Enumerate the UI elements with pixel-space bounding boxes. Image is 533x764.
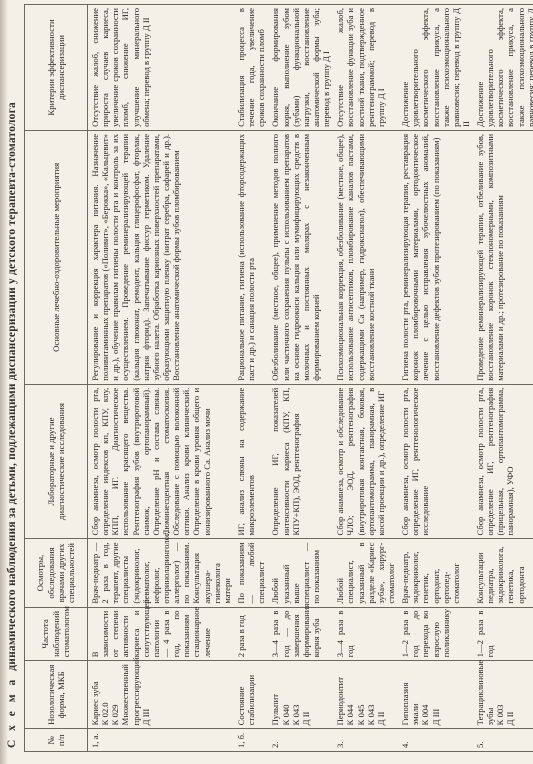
form-line: Тетрациклиновые зубы	[475, 664, 495, 725]
measures-cell: Рациональное питание, гигиена (использов…	[234, 130, 268, 384]
header-measures: Основные лечебно-оздоровительные меропри…	[25, 130, 88, 384]
nosological-form-cell: Периодонтит К 044 К 045 К 043 Д II	[333, 661, 398, 729]
specialists-cell: Врач-педиатр — 2 раза в год, терапевт, д…	[88, 539, 234, 607]
table-header-row: № п/п Нозологическая форма, МКБ Частота …	[25, 5, 88, 752]
row-number: 3.	[333, 729, 398, 752]
row-number: 1, а.	[88, 729, 234, 752]
header-criteria: Критерии эффективности диспансеризации	[25, 5, 88, 131]
diagnostics-cell: Сбор анамнеза, осмотр полости рта, опред…	[398, 384, 473, 539]
criteria-cell: Отсутствие жалоб, восстановление функции…	[333, 5, 398, 131]
scanned-page: С х е м адинамического наблюдения за дет…	[0, 0, 533, 764]
diagnostics-cell: Сбор анамнеза, осмотр и обследование ЧЛО…	[333, 384, 398, 539]
form-line: К 045	[356, 664, 366, 725]
form-line: Д II	[301, 664, 311, 725]
frequency-cell: 1—2 раза в год	[473, 607, 533, 661]
frequency-cell: 1—2 раза в год до перехода во взрослую п…	[398, 607, 473, 661]
diagnostics-cell: ИГ, анализ слюны на содержание микроэлем…	[234, 384, 268, 539]
nosological-form-cell: Кариес зуба К 02.0 К 029 Множественный п…	[88, 661, 234, 729]
form-line: Состояние стабилизации	[236, 664, 256, 725]
form-line: Кариес зуба	[90, 664, 100, 725]
criteria-cell: Достижение удовлетворительного косметиче…	[398, 5, 473, 131]
frequency-cell: 3—4 раза в год — до завершения формирова…	[268, 607, 333, 661]
form-line: Д II	[505, 664, 515, 725]
measures-cell: Проведение реминерализирующей терапии, о…	[473, 130, 533, 384]
header-frequency: Частота наблюдений стоматологом	[25, 607, 88, 661]
nosological-form-cell: Тетрациклиновые зубы К 003 Д II	[473, 661, 533, 729]
row-number: 5.	[473, 729, 533, 752]
table-row: 3. Периодонтит К 044 К 045 К 043 Д II 3—…	[333, 5, 398, 752]
title-schema-word: С х е м а	[6, 677, 18, 748]
criteria-cell: Достижение удовлетворительного косметиче…	[473, 5, 533, 131]
specialists-cell: Врач-педиатр, эндокринолог, генетик, орт…	[398, 539, 473, 607]
diagnostics-cell: Определение ИГ, показателей интенсивност…	[268, 384, 333, 539]
nosological-form-cell: Состояние стабилизации	[234, 661, 268, 729]
header-diagnostics: Лабораторные и другие диагностические ис…	[25, 384, 88, 539]
criteria-cell: Отсутствие жалоб, снижение прироста случ…	[88, 5, 234, 131]
form-line: К 029	[110, 664, 120, 725]
table-row: 5. Тетрациклиновые зубы К 003 Д II 1—2 р…	[473, 5, 533, 752]
measures-cell: Обезболивание (местное, общее), применен…	[268, 130, 333, 384]
form-line: Пульпит	[270, 664, 280, 725]
header-specialists: Осмотры, обследования врачами других спе…	[25, 539, 88, 607]
nosological-form-cell: Пульпит К 040 К 043 Д II	[268, 661, 333, 729]
document-title: С х е м адинамического наблюдения за дет…	[6, 8, 18, 748]
criteria-cell: Стабилизация процесса в течение года, ув…	[234, 5, 268, 131]
specialists-cell: Любой указанный выше специалист — по пок…	[268, 539, 333, 607]
dispensary-table: № п/п Нозологическая форма, МКБ Частота …	[24, 4, 533, 752]
frequency-cell: 2 раза в год	[234, 607, 268, 661]
diagnostics-cell: Сбор анамнеза, осмотр полости рта, опред…	[473, 384, 533, 539]
form-line: Д III	[431, 664, 441, 725]
form-line: Д III	[141, 664, 151, 725]
measures-cell: Регулирование и коррекция характера пита…	[88, 130, 234, 384]
form-line: К 040	[281, 664, 291, 725]
measures-cell: Гигиена полости рта, реминерализирующая …	[398, 130, 473, 384]
form-line: К 043	[291, 664, 301, 725]
criteria-cell: Окончание формирования корня, выполнение…	[268, 5, 333, 131]
form-line: К 02.0	[100, 664, 110, 725]
table-row: 4. Гипоплазия эмали К 004 Д III 1—2 раза…	[398, 5, 473, 752]
row-number: 4.	[398, 729, 473, 752]
specialists-cell: Консультации педиатра, эндокринолога, ге…	[473, 539, 533, 607]
form-line: К 043	[366, 664, 376, 725]
frequency-cell: 3—4 раза в год	[333, 607, 398, 661]
form-line: К 044	[345, 664, 355, 725]
table-row: 1, б. Состояние стабилизации 2 раза в го…	[234, 5, 268, 752]
header-number: № п/п	[25, 729, 88, 752]
form-line: Периодонтит	[335, 664, 345, 725]
frequency-cell: В зависимости от степени активности кари…	[88, 607, 234, 661]
form-line: Множественный прогрессирующий	[120, 664, 140, 725]
form-line: Д II	[376, 664, 386, 725]
row-number: 2.	[268, 729, 333, 752]
nosological-form-cell: Гипоплазия эмали К 004 Д III	[398, 661, 473, 729]
title-text: динамического наблюдения за детьми, подл…	[6, 102, 18, 671]
specialists-cell: Любой специалист, указанный в разделе «К…	[333, 539, 398, 607]
row-number: 1, б.	[234, 729, 268, 752]
diagnostics-cell: Сбор анамнеза, осмотр полости рта, опред…	[88, 384, 234, 539]
specialists-cell: По показаниям — любой специалист	[234, 539, 268, 607]
table-row: 2. Пульпит К 040 К 043 Д II 3—4 раза в г…	[268, 5, 333, 752]
form-line: Гипоплазия эмали	[400, 664, 420, 725]
form-line: К 003	[495, 664, 505, 725]
form-line: К 004	[420, 664, 430, 725]
header-nosological-form: Нозологическая форма, МКБ	[25, 661, 88, 729]
table-row: 1, а. Кариес зуба К 02.0 К 029 Множестве…	[88, 5, 234, 752]
measures-cell: Психоэмоциональная коррекция, обезболива…	[333, 130, 398, 384]
